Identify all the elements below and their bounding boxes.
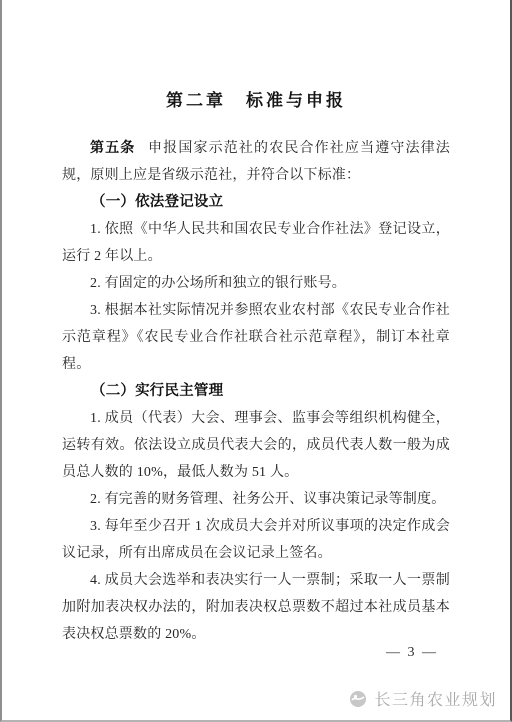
list-item: 3. 每年至少召开 1 次成员大会并对所议事项的决定作成会议记录，所有出席成员在… (62, 513, 450, 567)
chapter-title: 第二章 标准与申报 (2, 90, 510, 112)
list-item: 2. 有完善的财务管理、社务公开、议事决策记录等制度。 (62, 486, 450, 513)
footer-brand: 长三角农业规划 (349, 687, 497, 710)
list-item: 2. 有固定的办公场所和独立的银行账号。 (62, 270, 450, 297)
document-page: 第二章 标准与申报 第五条申报国家示范社的农民合作社应当遵守法律法规，原则上应是… (0, 0, 512, 722)
section-heading-2: （二）实行民主管理 (62, 378, 450, 405)
footer-brand-text: 长三角农业规划 (374, 687, 497, 710)
page-number: — 3 — (386, 645, 438, 661)
document-body: 第五条申报国家示范社的农民合作社应当遵守法律法规，原则上应是省级示范社，并符合以… (62, 135, 450, 648)
circle-brand-logo-icon (349, 690, 367, 708)
article-paragraph: 第五条申报国家示范社的农民合作社应当遵守法律法规，原则上应是省级示范社，并符合以… (62, 135, 450, 189)
section-heading-1: （一）依法登记设立 (62, 189, 450, 216)
list-item: 3. 根据本社实际情况并参照农业农村部《农民专业合作社示范章程》《农民专业合作社… (62, 297, 450, 378)
list-item: 1. 依照《中华人民共和国农民专业合作社法》登记设立，运行 2 年以上。 (62, 216, 450, 270)
list-item: 4. 成员大会选举和表决实行一人一票制；采取一人一票制加附加表决权办法的，附加表… (62, 567, 450, 648)
article-number-label: 第五条 (90, 141, 135, 156)
list-item: 1. 成员（代表）大会、理事会、监事会等组织机构健全，运转有效。依法设立成员代表… (62, 405, 450, 486)
